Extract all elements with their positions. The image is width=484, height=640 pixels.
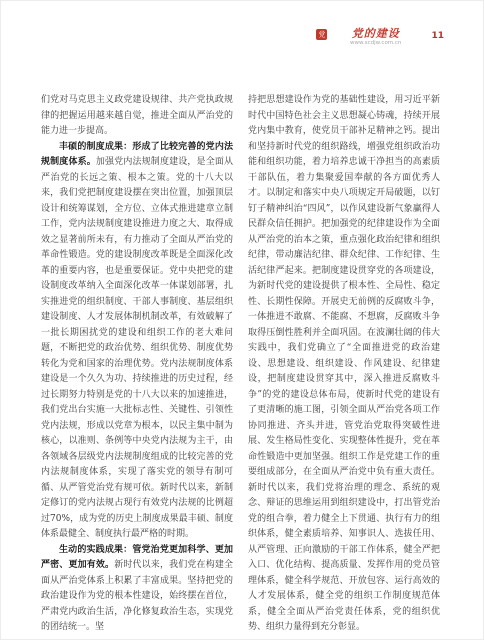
page-number: 11	[431, 30, 444, 42]
paragraph-text-institutional: 加强党内法规制度建设，是全面从严治党的长远之策、根本之策。党的十八大以来，我们党…	[41, 157, 233, 539]
paragraph-continuation: 们党对马克思主义政党建设规律、共产党执政规律的把握运用越来越自觉，推进全面从严治…	[41, 93, 233, 140]
right-column: 持把思想建设作为党的基础性建设，用习近平新时代中国特色社会主义思想凝心铸魂，持续…	[248, 93, 440, 613]
magazine-url: www.scdjw.com.cn	[350, 40, 401, 46]
paragraph-continuation-right: 持把思想建设作为党的基础性建设，用习近平新时代中国特色社会主义思想凝心铸魂，持续…	[248, 93, 440, 636]
left-column: 们党对马克思主义政党建设规律、共产党执政规律的把握运用越来越自觉，推进全面从严治…	[41, 93, 233, 613]
brand-text: 党的建设 www.scdjw.com.cn	[329, 28, 422, 50]
magazine-page: 党 党的建设 www.scdjw.com.cn 11 们党对马克思主义政党建设规…	[0, 0, 484, 640]
paragraph-text-practical: 新时代以来，我们党在构建全面从严治党体系上积累了丰富成果。坚持把党的政治建设作为…	[41, 560, 233, 632]
paragraph-practical-achievements: 生动的实践成果：管党治党更加科学、更加严密、更加有效。新时代以来，我们党在构建全…	[41, 543, 233, 636]
paragraph-institutional-achievements: 丰硕的制度成果：形成了比较完善的党内法规制度体系。加强党内法规制度建设，是全面从…	[41, 140, 233, 543]
magazine-brand: 党 党的建设 www.scdjw.com.cn	[316, 28, 422, 50]
masthead: 党 党的建设 www.scdjw.com.cn 11	[316, 28, 444, 50]
magazine-title: 党的建设	[352, 28, 400, 40]
seal-character: 党	[318, 31, 325, 38]
magazine-seal-icon: 党	[316, 29, 327, 40]
article-body: 们党对马克思主义政党建设规律、共产党执政规律的把握运用越来越自觉，推进全面从严治…	[41, 93, 441, 613]
